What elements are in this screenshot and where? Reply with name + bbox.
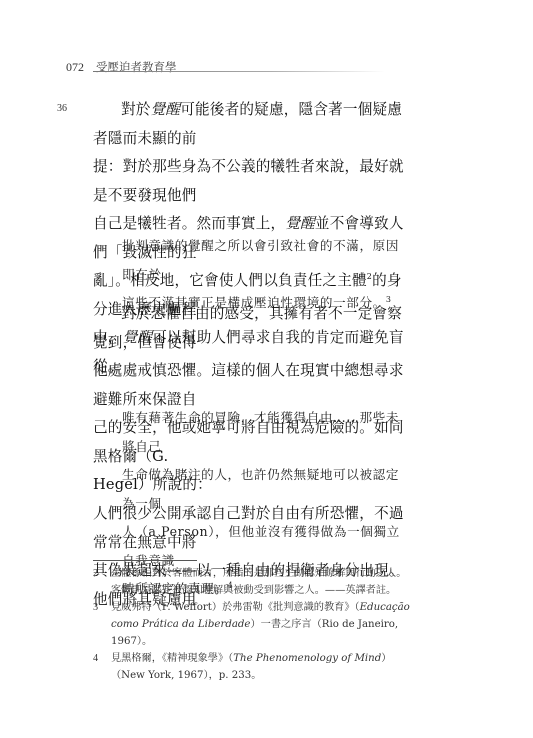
page-number: 072 [66,60,84,74]
book-title-italic: The Phenomenology of Mind [233,653,381,664]
margin-page-reference: 36 [57,103,67,114]
footnote-divider [93,560,197,561]
footnote-number: 4 [93,650,98,667]
paragraph-1-line-2: 提：對於那些身為不公義的犧牲者來說，最好就是不要發現他們 [93,153,413,210]
quote-2-line-1: 唯有藉著生命的冒險，才能獲得自由……那些未將自己 [122,404,402,461]
paragraph-1-line-1: 對於覺醒可能後者的疑慮，隱含著一個疑慮者隱而未顯的前 [93,96,413,153]
footnote-2: 2 主體係相對於客體而言，所指的是那些主動認知瞭解與行動之人。客體則是那些被認知… [93,565,413,599]
footnote-text: 主體係相對於客體而言，所指的是那些主動認知瞭解與行動之人。客體則是那些被認知瞭解… [111,568,406,596]
paragraph-3-line-1: 人們很少公開承認自己對於自由有所恐懼，不過常常在無意中將 [93,500,413,557]
quote-1-line-1: 批判意識的覺醒之所以會引致社會的不滿，原因即在於 [122,232,402,289]
footnotes: 2 主體係相對於客體而言，所指的是那些主動認知瞭解與行動之人。客體則是那些被認知… [93,565,413,684]
header: 072 受壓迫者教育學 [66,59,177,75]
header-rule [93,71,385,72]
emphasis: 覺醒 [151,101,181,118]
footnote-4: 4 見黑格爾，《精神現象學》（The Phenomenology of Mind… [93,650,413,684]
footnote-3: 3 見威弗特（F. Weffort）於弗雷勒《批判意識的教育》（Educação… [93,599,413,650]
emphasis: 覺醒 [285,215,315,232]
footnote-number: 3 [93,599,98,616]
footnote-number: 2 [93,565,98,582]
paragraph-2-line-1: 對於恐懼自由的感受，其擁有者不一定會察覺到，但會使得 [93,300,413,357]
